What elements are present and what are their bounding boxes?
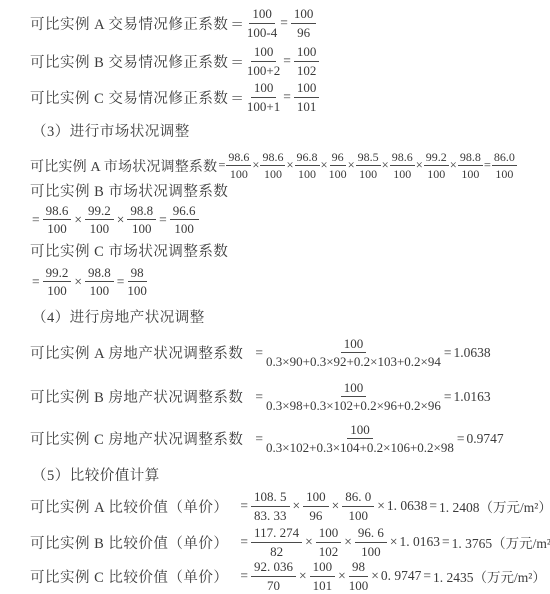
- fraction: 1000.3×98+0.3×102+0.2×96+0.2×96: [266, 380, 441, 414]
- denominator: 100: [349, 507, 369, 524]
- section-heading: （3）进行市场状况调整: [30, 123, 546, 141]
- numerator: 86. 0: [342, 489, 374, 507]
- numerator: 117. 274: [251, 525, 302, 543]
- operator: =: [444, 345, 452, 361]
- numerator: 98.8: [85, 265, 114, 283]
- operator: =: [283, 53, 291, 69]
- operator: ×: [299, 568, 307, 584]
- formula-label-line: 可比实例 B 市场状况调整系数: [30, 183, 546, 201]
- fraction: 92. 03670: [251, 559, 296, 593]
- denominator: 101: [297, 98, 317, 115]
- operator: ×: [305, 534, 313, 550]
- formula-text: 1.0163: [454, 389, 491, 405]
- numerator: 100: [249, 6, 275, 24]
- fraction: 100100+1: [247, 80, 280, 114]
- operator: =: [484, 158, 491, 173]
- numerator: 98.6: [390, 150, 415, 166]
- formula-label: 可比实例 B 比较价值（单价）: [30, 532, 228, 553]
- fraction: 99.2100: [43, 265, 72, 299]
- denominator: 96: [297, 24, 310, 41]
- fraction: 100100-4: [247, 6, 277, 40]
- operator: =: [255, 389, 263, 405]
- numerator: 100: [294, 80, 320, 98]
- fraction: 98.6100: [260, 150, 285, 182]
- denominator: 82: [270, 543, 283, 560]
- formula-label: 可比实例 B 交易情况修正系数: [30, 51, 228, 72]
- formula-line: =99.2100×98.8100=98100: [30, 265, 546, 299]
- numerator: 96: [330, 150, 346, 166]
- operator: ×: [344, 534, 352, 550]
- operator: ×: [321, 158, 328, 173]
- formula-label: 可比实例 A 房地产状况调整系数: [30, 342, 243, 363]
- appraisal-calculation-document: 可比实例 A 交易情况修正系数＝100100-4=10096可比实例 B 交易情…: [0, 0, 550, 594]
- formula-line: 可比实例 A 房地产状况调整系数=1000.3×90+0.3×92+0.2×10…: [30, 333, 546, 373]
- fraction: 108. 583. 33: [251, 489, 290, 523]
- operator: ×: [377, 498, 385, 514]
- operator: ×: [371, 568, 379, 584]
- formula-text: 1.0638: [454, 345, 491, 361]
- section-heading: （5）比较价值计算: [30, 467, 546, 485]
- numerator: 98.8: [127, 203, 156, 221]
- formula-label: 可比实例 A 市场状况调整系数: [30, 156, 217, 176]
- denominator: 100: [359, 166, 377, 181]
- formula-line: 可比实例 A 比较价值（单价）=108. 583. 33×10096×86. 0…: [30, 489, 546, 523]
- formula-line: 可比实例 A 交易情况修正系数＝100100-4=10096: [30, 6, 546, 40]
- formula-label: 可比实例 C 比较价值（单价）: [30, 566, 228, 587]
- numerator: 99.2: [43, 265, 72, 283]
- numerator: 100: [310, 559, 336, 577]
- formula-line: 可比实例 B 交易情况修正系数＝100100+2=100102: [30, 44, 546, 78]
- formula-line: 可比实例 A 市场状况调整系数=98.6100×98.6100×96.8100×…: [30, 149, 546, 183]
- operator: ×: [293, 498, 301, 514]
- denominator: 83. 33: [254, 507, 287, 524]
- denominator: 100: [361, 543, 381, 560]
- fraction: 86. 0100: [342, 489, 374, 523]
- operator: =: [280, 15, 288, 31]
- formula-text: 0. 9747: [381, 568, 422, 584]
- fraction: 98.8100: [85, 265, 114, 299]
- formula-line: 可比实例 C 交易情况修正系数＝100100+1=100101: [30, 80, 546, 114]
- fraction: 100100+2: [247, 44, 280, 78]
- numerator: 98.6: [260, 150, 285, 166]
- numerator: 100: [303, 489, 329, 507]
- operator: =: [255, 431, 263, 447]
- formula-line: 可比实例 B 比较价值（单价）=117. 27482×100102×96. 61…: [30, 525, 546, 559]
- fraction: 100102: [316, 525, 342, 559]
- fraction: 100101: [294, 80, 320, 114]
- formula-text: 1. 2435（万元/m²）: [433, 566, 546, 586]
- formula-label-line: 可比实例 C 市场状况调整系数: [30, 243, 546, 261]
- operator: ×: [382, 158, 389, 173]
- operator: =: [159, 212, 167, 228]
- denominator: 100+1: [247, 98, 280, 115]
- operator: =: [32, 274, 40, 290]
- operator: ×: [252, 158, 259, 173]
- denominator: 100: [47, 282, 67, 299]
- denominator: 0.3×98+0.3×102+0.2×96+0.2×96: [266, 397, 441, 414]
- fraction: 98.8100: [458, 150, 483, 182]
- denominator: 101: [313, 577, 333, 594]
- numerator: 100: [251, 44, 277, 62]
- numerator: 96. 6: [355, 525, 387, 543]
- document-body: 可比实例 A 交易情况修正系数＝100100-4=10096可比实例 B 交易情…: [30, 6, 546, 594]
- fraction: 96.8100: [295, 150, 320, 182]
- numerator: 98.5: [356, 150, 381, 166]
- numerator: 92. 036: [251, 559, 296, 577]
- operator: =: [457, 431, 465, 447]
- numerator: 98: [349, 559, 368, 577]
- numerator: 100: [347, 422, 373, 440]
- denominator: 100: [132, 220, 152, 237]
- denominator: 0.3×90+0.3×92+0.2×103+0.2×94: [266, 353, 441, 370]
- operator: =: [32, 212, 40, 228]
- operator: ＝: [230, 51, 244, 71]
- formula-label: 可比实例 C 房地产状况调整系数: [30, 428, 243, 449]
- formula-line: 可比实例 C 比较价值（单价）=92. 03670×100101×98100×0…: [30, 559, 546, 593]
- numerator: 98.6: [226, 150, 251, 166]
- denominator: 70: [267, 577, 280, 594]
- denominator: 100: [298, 166, 316, 181]
- fraction: 99.2100: [424, 150, 449, 182]
- fraction: 98.6100: [390, 150, 415, 182]
- operator: =: [423, 568, 431, 584]
- operator: =: [240, 568, 248, 584]
- numerator: 98.6: [43, 203, 72, 221]
- operator: ×: [117, 212, 125, 228]
- fraction: 98100: [349, 559, 369, 593]
- numerator: 96.6: [170, 203, 199, 221]
- numerator: 99.2: [85, 203, 114, 221]
- denominator: 102: [319, 543, 339, 560]
- numerator: 98: [128, 265, 147, 283]
- fraction: 117. 27482: [251, 525, 302, 559]
- denominator: 100+2: [247, 62, 280, 79]
- operator: ×: [74, 274, 82, 290]
- formula-label: 可比实例 A 交易情况修正系数: [30, 13, 228, 34]
- fraction: 98.5100: [356, 150, 381, 182]
- formula-text: 1. 3765（万元/m²）: [452, 532, 550, 552]
- denominator: 100: [495, 166, 513, 181]
- formula-label: 可比实例 C 交易情况修正系数: [30, 87, 228, 108]
- formula-text: 1. 2408（万元/m²）: [439, 496, 550, 516]
- denominator: 100: [47, 220, 67, 237]
- fraction: 98.6100: [43, 203, 72, 237]
- operator: ×: [348, 158, 355, 173]
- numerator: 98.8: [458, 150, 483, 166]
- denominator: 100: [90, 220, 110, 237]
- formula-label: 可比实例 A 比较价值（单价）: [30, 496, 228, 517]
- denominator: 100: [230, 166, 248, 181]
- numerator: 100: [316, 525, 342, 543]
- numerator: 100: [341, 336, 367, 354]
- formula-line: 可比实例 B 房地产状况调整系数=1000.3×98+0.3×102+0.2×9…: [30, 377, 546, 417]
- operator: =: [283, 89, 291, 105]
- operator: ×: [450, 158, 457, 173]
- denominator: 0.3×102+0.3×104+0.2×106+0.2×98: [266, 439, 454, 456]
- operator: =: [429, 498, 437, 514]
- fraction: 96.6100: [170, 203, 199, 237]
- formula-label: 可比实例 B 房地产状况调整系数: [30, 386, 243, 407]
- fraction: 100102: [294, 44, 320, 78]
- operator: =: [240, 498, 248, 514]
- denominator: 100: [127, 282, 147, 299]
- numerator: 100: [291, 6, 317, 24]
- denominator: 100: [461, 166, 479, 181]
- numerator: 86.0: [492, 150, 517, 166]
- denominator: 100-4: [247, 24, 277, 41]
- denominator: 100: [90, 282, 110, 299]
- denominator: 100: [427, 166, 445, 181]
- denominator: 100: [393, 166, 411, 181]
- formula-line: =98.6100×99.2100×98.8100=96.6100: [30, 203, 546, 237]
- operator: ×: [390, 534, 398, 550]
- operator: ×: [332, 498, 340, 514]
- denominator: 100: [349, 577, 369, 594]
- operator: =: [218, 158, 225, 173]
- formula-line: 可比实例 C 房地产状况调整系数=1000.3×102+0.3×104+0.2×…: [30, 419, 546, 459]
- fraction: 100101: [310, 559, 336, 593]
- fraction: 98100: [127, 265, 147, 299]
- fraction: 96100: [329, 150, 347, 182]
- fraction: 98.6100: [226, 150, 251, 182]
- operator: ＝: [230, 87, 244, 107]
- numerator: 100: [341, 380, 367, 398]
- operator: =: [442, 534, 450, 550]
- fraction: 1000.3×102+0.3×104+0.2×106+0.2×98: [266, 422, 454, 456]
- operator: ×: [286, 158, 293, 173]
- formula-text: 1. 0163: [399, 534, 440, 550]
- formula-text: 0.9747: [467, 431, 504, 447]
- section-heading: （4）进行房地产状况调整: [30, 309, 546, 327]
- operator: =: [240, 534, 248, 550]
- denominator: 102: [297, 62, 317, 79]
- operator: ×: [416, 158, 423, 173]
- fraction: 99.2100: [85, 203, 114, 237]
- operator: =: [255, 345, 263, 361]
- numerator: 100: [294, 44, 320, 62]
- numerator: 108. 5: [251, 489, 290, 507]
- denominator: 100: [264, 166, 282, 181]
- numerator: 100: [251, 80, 277, 98]
- formula-text: 1. 0638: [387, 498, 428, 514]
- denominator: 96: [309, 507, 322, 524]
- operator: =: [117, 274, 125, 290]
- numerator: 96.8: [295, 150, 320, 166]
- fraction: 10096: [291, 6, 317, 40]
- fraction: 98.8100: [127, 203, 156, 237]
- operator: ×: [338, 568, 346, 584]
- fraction: 86.0100: [492, 150, 517, 182]
- operator: =: [444, 389, 452, 405]
- fraction: 1000.3×90+0.3×92+0.2×103+0.2×94: [266, 336, 441, 370]
- operator: ×: [74, 212, 82, 228]
- denominator: 100: [174, 220, 194, 237]
- fraction: 96. 6100: [355, 525, 387, 559]
- denominator: 100: [329, 166, 347, 181]
- numerator: 99.2: [424, 150, 449, 166]
- fraction: 10096: [303, 489, 329, 523]
- operator: ＝: [230, 13, 244, 33]
